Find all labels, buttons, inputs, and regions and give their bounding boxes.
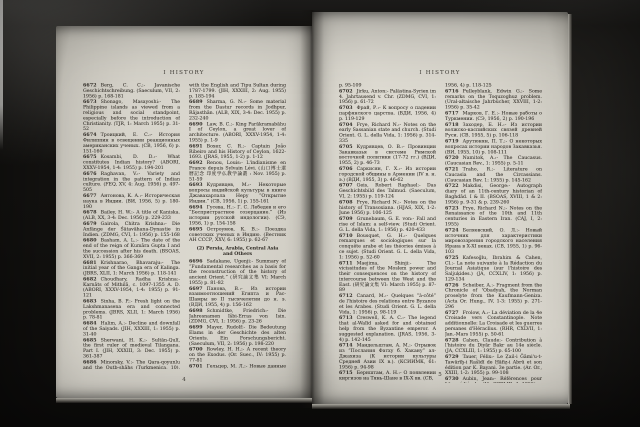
entry-text: Makdisi, George:- Autograph diary of an … bbox=[445, 183, 542, 205]
bibliography-entry: 6684Halim, A.:- Decline and downfall of … bbox=[83, 321, 180, 337]
bibliography-entry: 6723Frye, Richard N.:- Notes on the Rena… bbox=[445, 206, 542, 228]
bibliography-entry: 6707Geis, Robert Raphael:- Das Geschicht… bbox=[339, 183, 436, 199]
entry-text: Кудрявцев, О. В.:- Провинции Закавказья … bbox=[339, 144, 436, 166]
entry-text: Антонова, К. А.:- Историческая наука в И… bbox=[83, 193, 180, 209]
bibliography-entry: 6720Namitok, A.:- The Caucasus. (Caucasi… bbox=[445, 156, 542, 167]
right-page-column-1: p. 95-1096702Jirku, Anton:- Palästina-Sy… bbox=[339, 83, 436, 383]
right-page-column-2-entries: 1956, 4) p. 118-1256716Pulleyblank, Edwi… bbox=[445, 83, 542, 383]
right-page-textblock: p. 95-1096702Jirku, Anton:- Palästina-Sy… bbox=[312, 83, 568, 383]
left-page-column-2: with the English and Tipu Sultan during … bbox=[189, 83, 286, 369]
bibliography-entry: 6714Мандельштам, А. М.:- Отрывок из “Пос… bbox=[339, 343, 436, 370]
entry-text: Kafesoğlu, Ibrahim & Cahen, Cl.:- La not… bbox=[445, 255, 542, 282]
entry-text: Berg, C. C.:- Javanische Geschichtschrei… bbox=[83, 83, 180, 99]
section-heading: (2) Persia, Arabia, Central Asia and Oth… bbox=[191, 246, 284, 257]
bibliography-entry: 6706Саркисян, Г. Х.:- Из истории городск… bbox=[339, 166, 436, 182]
entry-text: Frye, Richard N.:- Notes on the Renaissa… bbox=[445, 205, 542, 227]
entry-text: Canard, M.:- Quelques “à-côté” de l'hist… bbox=[339, 293, 436, 315]
bibliography-entry: 6708Frye, Richard N.:- Notes on the hist… bbox=[339, 200, 436, 216]
entry-text: Cahen, Claude:- Contribution à l'histoir… bbox=[445, 337, 542, 353]
bottom-page-edges-left bbox=[56, 398, 312, 403]
bibliography-entry: 6697Панова, В.:- Из истории взаимоотноше… bbox=[189, 286, 286, 308]
bibliography-entry: 6695Остроумов, К. В.:- Поездка советских… bbox=[189, 227, 286, 243]
entry-text: Sharma, G. N.:- Some material from the D… bbox=[189, 99, 286, 121]
section-heading-text: (2) Persia, Arabia, Central Asia and Oth… bbox=[196, 246, 278, 257]
entry-text: Гельцер, М. Л.:- Новые данные по истории… bbox=[189, 363, 286, 369]
entry-text: Pulleyblank, Edwin G.:- Some remarks on … bbox=[445, 88, 542, 110]
entry-text: Саркисян, Г. Х.:- Из истории городской о… bbox=[339, 166, 436, 182]
entry-text: Bousquet, G. H.:- Quelques remarques et … bbox=[339, 233, 436, 260]
bibliography-entry: 6717Марков, Г. Е.:- Новые работы о Туркм… bbox=[445, 111, 542, 122]
entry-text: Остроумов, К. В.:- Поездка советских уче… bbox=[189, 226, 286, 242]
entry-text: Кудрявцев, М.:- Некоторые вопросы индийс… bbox=[189, 182, 286, 204]
bibliography-entry: 6676Raghavan, V.:- Variety and integrati… bbox=[83, 171, 180, 193]
entry-text: Frolow, A.:- La déviation de la 4e Crois… bbox=[445, 310, 542, 337]
entry-text: Maejima, Shinji:- The vicissitudes of th… bbox=[339, 260, 436, 292]
entry-text: Krishnarao, Bhavaraju:- The initial year… bbox=[83, 260, 180, 276]
entry-text: Frye, Richard N.:- Notes on the early Sa… bbox=[339, 122, 436, 144]
left-page-column-2-entries: with the English and Tipu Sultan during … bbox=[189, 83, 286, 369]
entry-text: Kosambi, D. D.:- What constitutes Indian… bbox=[83, 154, 180, 170]
entry-text: Traho, R.:- Literature on Caucasia and t… bbox=[445, 166, 542, 182]
entry-text: Mayer, Rudolf:- Die Bedeutung Elams in d… bbox=[189, 325, 286, 347]
entry-text: Беляевский, О. Л.:- Новый источник для х… bbox=[445, 227, 542, 254]
bibliography-entry: 6677Антонова, К. А.:- Историческая наука… bbox=[83, 193, 180, 209]
bibliography-entry: 6701Гельцер, М. Л.:- Новые данные по ист… bbox=[189, 364, 286, 369]
bibliography-entry: 6679Gairola, Chitra Krishna:- Die Anfäng… bbox=[83, 221, 180, 237]
bottom-page-edges-right bbox=[312, 404, 570, 409]
bibliography-entry: 6694Гусева, Н.:- Г. С. Лебедев и его “Бе… bbox=[189, 205, 286, 227]
book-photo-scene: I HISTORY 6672Berg, C. C.:- Javanische G… bbox=[0, 0, 640, 427]
entry-text: Creswell, K. A. C.:- The legend that al-… bbox=[339, 315, 436, 342]
bibliography-entry: 6709Grunebaum, G. E. von:- Fall and rise… bbox=[339, 217, 436, 233]
right-page: I HISTORY p. 95-1096702Jirku, Anton:- Pa… bbox=[312, 12, 568, 404]
entry-text: 1956, 4) p. 118-125 bbox=[445, 83, 492, 88]
bibliography-entry: 6718Заходер, Б. Н.:- Из истории волжско-… bbox=[445, 122, 542, 138]
entry-text: Schmidtke, Friedrich:- Die Jahresnamen I… bbox=[189, 308, 286, 324]
bibliography-entry: 6683Sinha, B. P.:- Fresh light on the La… bbox=[83, 299, 180, 321]
entry-text: Sinha, B. P.:- Fresh light on the Lakshm… bbox=[83, 299, 180, 321]
entry-continuation: with the English and Tipu Sultan during … bbox=[189, 83, 286, 99]
bibliography-entry: 6705Кудрявцев, О. В.:- Провинции Закавка… bbox=[339, 144, 436, 166]
bibliography-entry: 6703Фрай, Р.:- К вопросу о падении парфя… bbox=[339, 106, 436, 122]
bibliography-entry: 6722Makdisi, George:- Autograph diary of… bbox=[445, 184, 542, 206]
entry-text: Law, B. C.:- King Parākramabāhu I of Cey… bbox=[189, 121, 286, 143]
bibliography-entry: 6673Shonago, Masayoshi:- The Philippine … bbox=[83, 100, 180, 132]
bibliography-entry: 6682Choudhary, Radha Krishna:- Karnāts o… bbox=[83, 277, 180, 299]
bibliography-entry: 6719Арутюнян, П. Т.:- О некоторых вопрос… bbox=[445, 139, 542, 155]
bibliography-entry: 6690Law, B. C.:- King Parākramabāhu I of… bbox=[189, 122, 286, 144]
entry-text: Frye, Richard N.:- Notes on the history … bbox=[339, 199, 436, 215]
bibliography-entry: 6680Basham, A. L.:- The date of the end … bbox=[83, 238, 180, 260]
entry-text: Арутюнян, П. Т.:- О некоторых вопросах и… bbox=[445, 138, 542, 154]
left-page-textblock: 6672Berg, C. C.:- Javanische Geschichtsc… bbox=[56, 83, 312, 369]
entry-text: Grunebaum, G. E. von:- Fall and rise of … bbox=[339, 216, 436, 232]
bibliography-entry: 6675Kosambi, D. D.:- What constitutes In… bbox=[83, 155, 180, 171]
entry-text: Мандельштам, А. М.:- Отрывок из “Послани… bbox=[339, 343, 436, 370]
bibliography-entry: 6698Schmidtke, Friedrich:- Die Jahresnam… bbox=[189, 308, 286, 324]
bibliography-entry: 6710Bousquet, G. H.:- Quelques remarques… bbox=[339, 233, 436, 260]
entry-text: Geis, Robert Raphael:- Das Geschichtsbil… bbox=[339, 183, 436, 199]
entry-text: Boxer, C. R.:- Captain João Ribeiro and … bbox=[189, 143, 286, 159]
left-page-column-1: 6672Berg, C. C.:- Javanische Geschichtsc… bbox=[83, 83, 180, 369]
bibliography-entry: 6689Sharma, G. N.:- Some material from t… bbox=[189, 100, 286, 122]
entry-text: Rowley, H. H.:- A recent theory on the E… bbox=[189, 347, 286, 363]
running-head-right: I HISTORY bbox=[312, 70, 568, 77]
entry-text: with the English and Tipu Sultan during … bbox=[189, 83, 286, 99]
entry-text: Raghavan, V.:- Variety and integration i… bbox=[83, 171, 180, 193]
background-paper-edge bbox=[0, 0, 3, 150]
entry-text: Панова, В.:- Из истории взаимоотношений … bbox=[189, 286, 286, 308]
entry-text: Namitok, A.:- The Caucasus. (Caucasian R… bbox=[445, 155, 542, 166]
bibliography-entry: 6721Traho, R.:- Literature on Caucasia a… bbox=[445, 167, 542, 183]
bibliography-entry: 6712Canard, M.:- Quelques “à-côté” de l'… bbox=[339, 294, 436, 316]
bibliography-entry: 6699Mayer, Rudolf:- Die Bedeutung Elams … bbox=[189, 325, 286, 347]
bibliography-entry: 6726Scheiber, A.:- Fragment from the Chr… bbox=[445, 283, 542, 310]
entry-text: Shonago, Masayoshi:- The Philippine isla… bbox=[83, 99, 180, 131]
entry-text: Gairola, Chitra Krishna:- Die Anfänge de… bbox=[83, 221, 180, 237]
bibliography-entry: 6696Sadakane, Ugenji:- Summary of “Funda… bbox=[189, 259, 286, 286]
bibliography-entry: 6691Boxer, C. R.:- Captain João Ribeiro … bbox=[189, 144, 286, 160]
entry-text: Basham, A. L.:- The date of the end of t… bbox=[83, 238, 180, 260]
right-page-column-2: 1956, 4) p. 118-1256716Pulleyblank, Edwi… bbox=[445, 83, 542, 383]
bibliography-entry: 6725Kafesoğlu, Ibrahim & Cahen, Cl.:- La… bbox=[445, 255, 542, 282]
bibliography-entry: 6704Frye, Richard N.:- Notes on the earl… bbox=[339, 122, 436, 144]
entry-text: Scheiber, A.:- Fragment from the Chronic… bbox=[445, 282, 542, 309]
open-book-spread: I HISTORY 6672Berg, C. C.:- Javanische G… bbox=[50, 6, 572, 412]
left-page: I HISTORY 6672Berg, C. C.:- Javanische G… bbox=[56, 26, 312, 398]
bibliography-entry: 6681Krishnarao, Bhavaraju:- The initial … bbox=[83, 260, 180, 276]
left-page-column-1-entries: 6672Berg, C. C.:- Javanische Geschichtsc… bbox=[83, 83, 180, 369]
entry-text: p. 95-109 bbox=[339, 83, 361, 88]
entry-text: Марков, Г. Е.:- Новые работы о Туркмении… bbox=[445, 110, 542, 121]
entry-text: Jirku, Anton:- Palästina-Syrien im 4. Ja… bbox=[339, 88, 436, 104]
entry-text: Sadakane, Ugenji:- Summary of “Fundament… bbox=[189, 258, 286, 285]
bibliography-entry: 6728Cahen, Claude:- Contribution à l'his… bbox=[445, 338, 542, 354]
entry-text: Bailey, H. W.:- A title of Kaniska. (ALB… bbox=[83, 210, 180, 221]
fore-edge-pages bbox=[568, 14, 572, 404]
right-page-number: 5 bbox=[312, 372, 568, 378]
right-page-column-1-entries: p. 95-1096702Jirku, Anton:- Palästina-Sy… bbox=[339, 83, 436, 382]
entry-text: Заходер, Б. Н.:- Из истории волжско-касп… bbox=[445, 122, 542, 138]
left-page-number: 4 bbox=[56, 377, 312, 383]
bibliography-entry: 6702Jirku, Anton:- Palästina-Syrien im 4… bbox=[339, 89, 436, 105]
entry-text: Троицкий, Е. С.:- История Филиппин в осв… bbox=[83, 132, 180, 154]
bibliography-entry: 6716Pulleyblank, Edwin G.:- Some remarks… bbox=[445, 89, 542, 111]
entry-text: Minorsky, V.:- The Qara-qoyunlu and the … bbox=[83, 359, 180, 369]
bibliography-entry: 6693Кудрявцев, М.:- Некоторые вопросы ин… bbox=[189, 183, 286, 205]
entry-text: Renou, Louis:- L'indianisme en France de… bbox=[189, 160, 286, 182]
running-head-left: I HISTORY bbox=[56, 70, 312, 77]
bibliography-entry: 6692Renou, Louis:- L'indianisme en Franc… bbox=[189, 161, 286, 183]
entry-text: Halim, A.:- Decline and downfall of the … bbox=[83, 321, 180, 337]
bibliography-entry: 6711Maejima, Shinji:- The vicissitudes o… bbox=[339, 261, 436, 293]
bibliography-entry: 6713Creswell, K. A. C.:- The legend that… bbox=[339, 316, 436, 343]
bibliography-entry: 6685Sherwani, H. K.:- Sultān-Qulī, the f… bbox=[83, 338, 180, 360]
bibliography-entry: 6674Троицкий, Е. С.:- История Филиппин в… bbox=[83, 133, 180, 155]
bibliography-entry: 6672Berg, C. C.:- Javanische Geschichtsc… bbox=[83, 83, 180, 99]
entry-text: Гусева, Н.:- Г. С. Лебедев и его “Беспри… bbox=[189, 204, 286, 226]
entry-text: Фрай, Р.:- К вопросу о падении парфянско… bbox=[339, 105, 436, 121]
entry-text: Choudhary, Radha Krishna:- Karnāts of Mi… bbox=[83, 276, 180, 298]
bibliography-entry: 6700Rowley, H. H.:- A recent theory on t… bbox=[189, 347, 286, 363]
bibliography-entry: 6678Bailey, H. W.:- A title of Kaniska. … bbox=[83, 210, 180, 221]
bibliography-entry: 6727Frolow, A.:- La déviation de la 4e C… bbox=[445, 310, 542, 337]
entry-text: Sherwani, H. K.:- Sultān-Qulī, the first… bbox=[83, 337, 180, 359]
bibliography-entry: 6686Minorsky, V.:- The Qara-qoyunlu and … bbox=[83, 360, 180, 369]
bibliography-entry: 6724Беляевский, О. Л.:- Новый источник д… bbox=[445, 228, 542, 255]
